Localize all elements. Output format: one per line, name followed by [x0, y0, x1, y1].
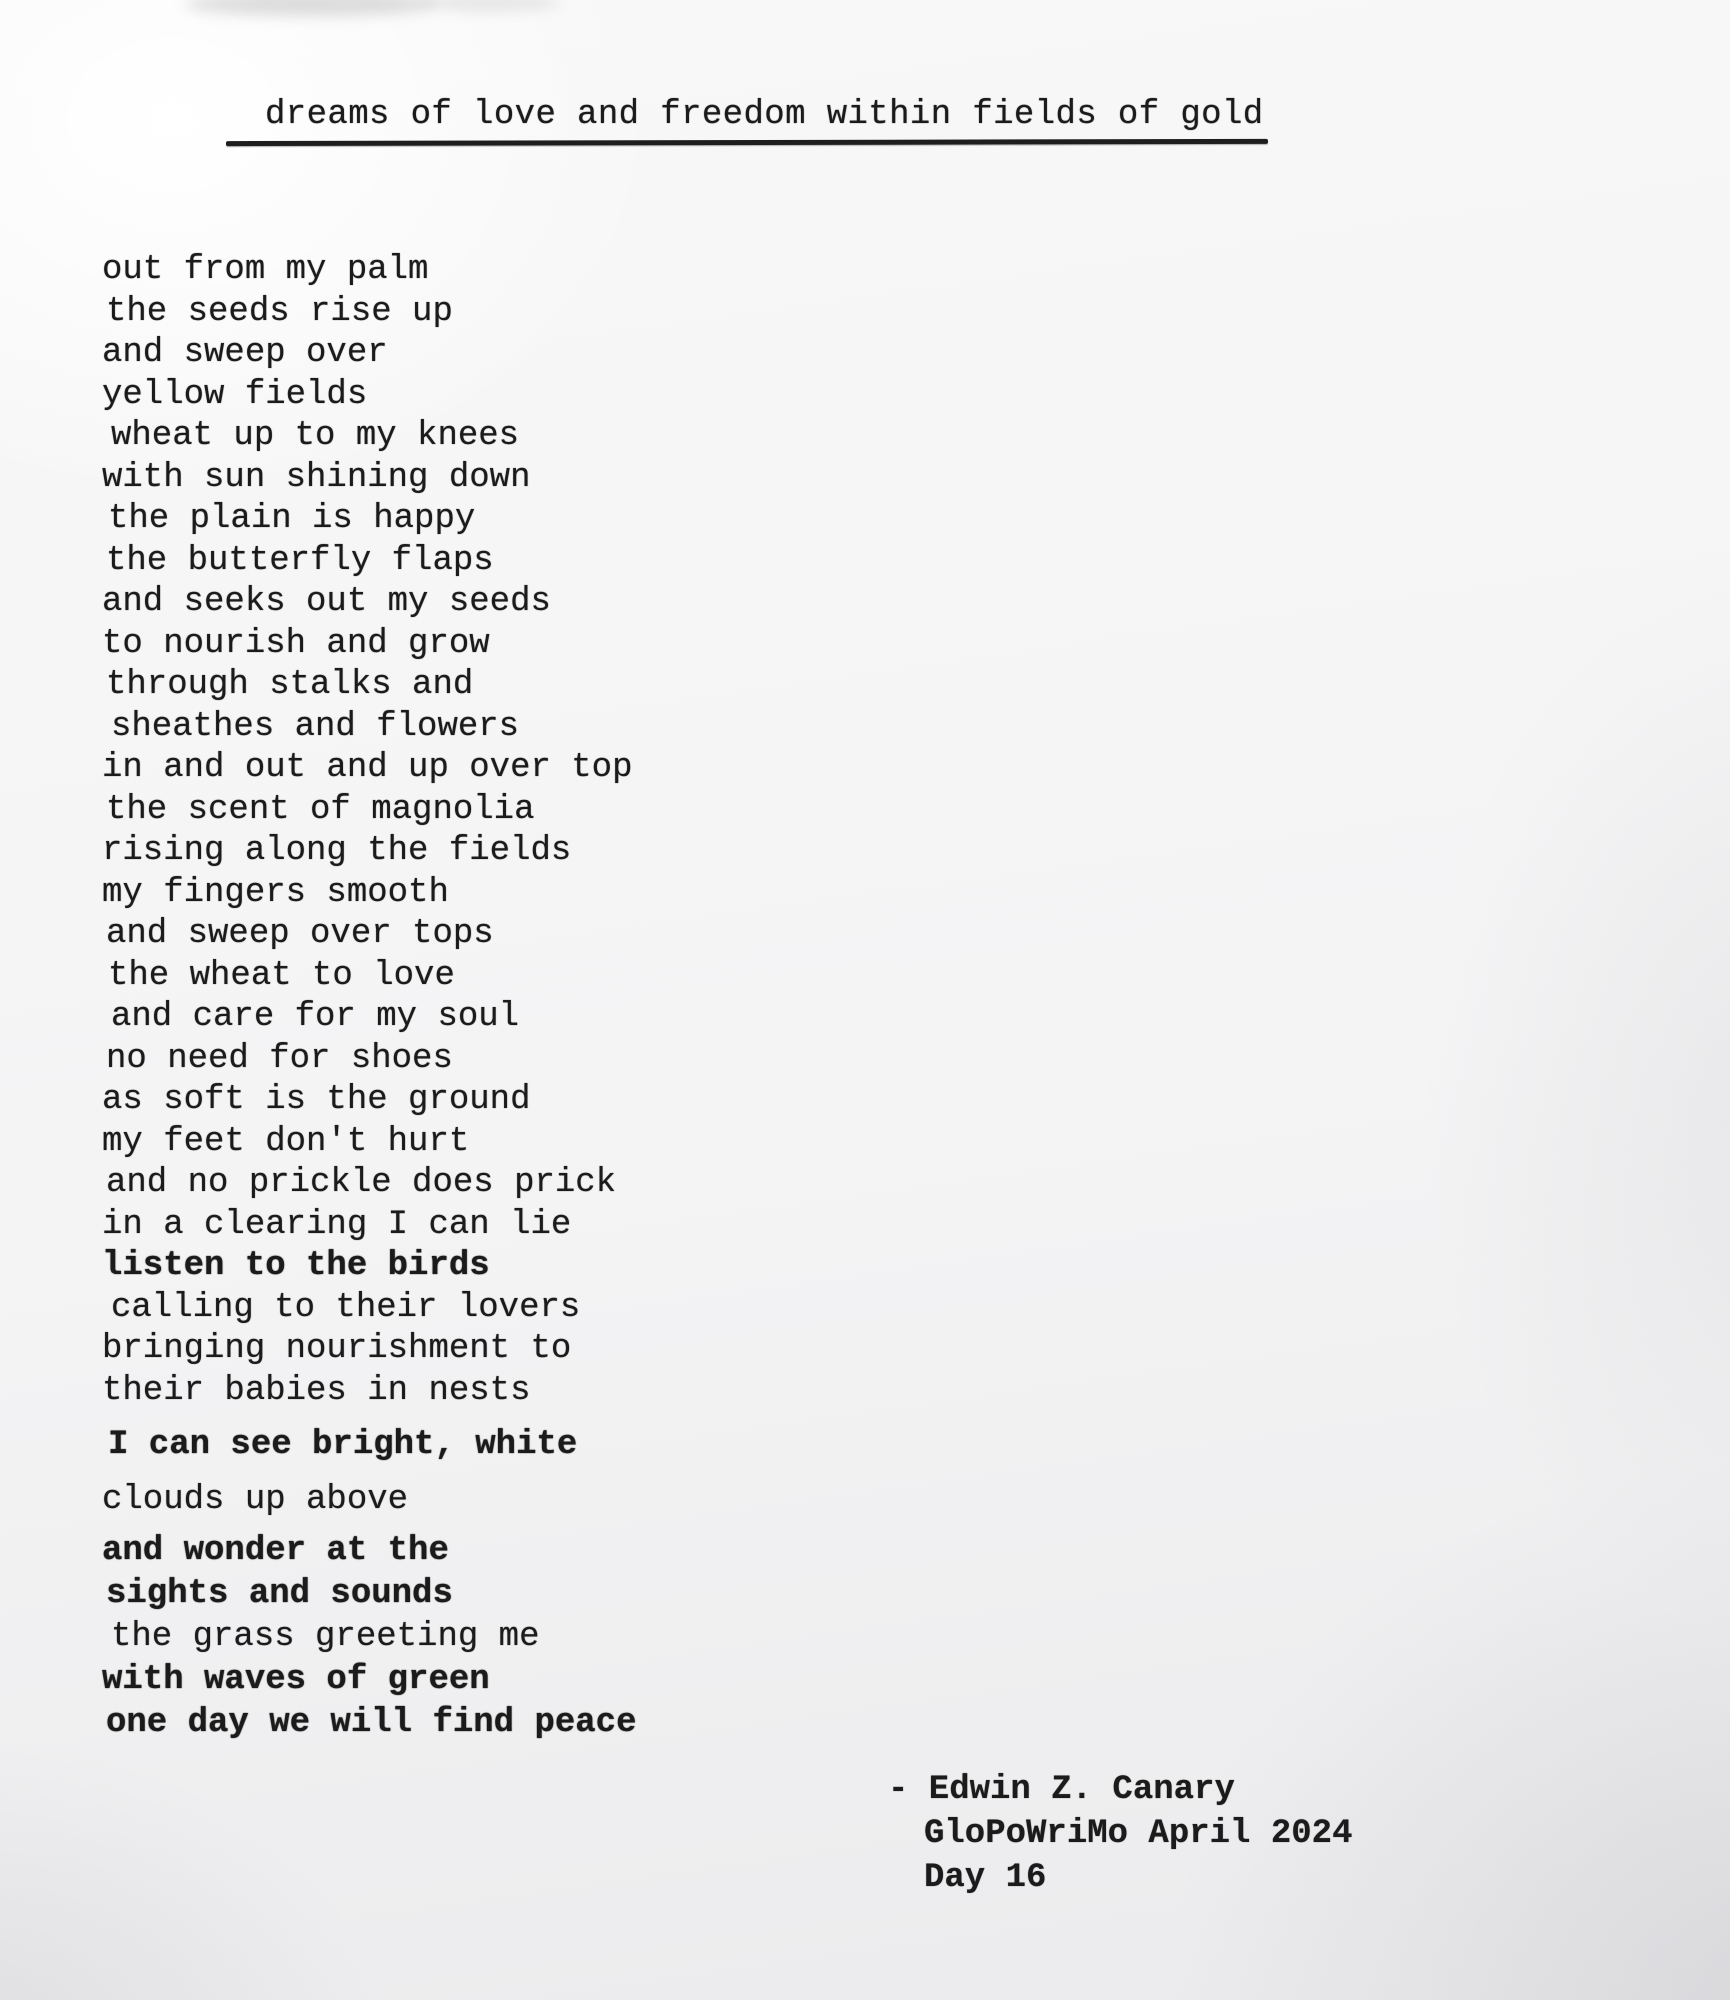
poem-line: calling to their lovers: [111, 1288, 637, 1330]
poem-line: the wheat to love: [108, 956, 637, 998]
poem-line: their babies in nests: [102, 1371, 637, 1413]
poem-line: the grass greeting me: [111, 1616, 637, 1659]
poem-line: yellow fields: [102, 375, 637, 417]
poem-line: I can see bright, white: [108, 1424, 637, 1467]
poem-line: and wonder at the: [102, 1530, 637, 1573]
poem-line: one day we will find peace: [106, 1702, 637, 1745]
poem-line: my fingers smooth: [102, 873, 637, 915]
poem-line: with waves of green: [102, 1659, 637, 1702]
poem-body: out from my palm the seeds rise up and s…: [102, 250, 637, 1745]
poem-line: and seeks out my seeds: [102, 582, 637, 624]
signature-block: - Edwin Z. Canary GloPoWriMo April 2024 …: [888, 1768, 1352, 1900]
poem-line: the scent of magnolia: [106, 790, 637, 832]
poem-line: bringing nourishment to: [102, 1329, 637, 1371]
poem-line: my feet don't hurt: [102, 1122, 637, 1164]
poem-line: and care for my soul: [111, 997, 637, 1039]
title-underline: [226, 139, 1268, 146]
poem-line: rising along the fields: [102, 831, 637, 873]
poem-line: in a clearing I can lie: [102, 1205, 637, 1247]
poem-line: to nourish and grow: [102, 624, 637, 666]
poem-line: sights and sounds: [106, 1573, 637, 1616]
poem-line: through stalks and: [106, 665, 637, 707]
poem-line: listen to the birds: [102, 1246, 637, 1288]
signature-day: Day 16: [924, 1856, 1352, 1900]
poem-line: the butterfly flaps: [106, 541, 637, 583]
poem-line: as soft is the ground: [102, 1080, 637, 1122]
top-edge-smudge-small: [420, 0, 560, 12]
poem-line: and sweep over tops: [106, 914, 637, 956]
poem-line: and sweep over: [102, 333, 637, 375]
poem-line: out from my palm: [102, 250, 637, 292]
poem-line: with sun shining down: [102, 458, 637, 500]
top-edge-smudge: [185, 0, 435, 16]
poem-line: and no prickle does prick: [106, 1163, 637, 1205]
poem-line: clouds up above: [102, 1479, 637, 1522]
poem-line: wheat up to my knees: [111, 416, 637, 458]
signature-event: GloPoWriMo April 2024: [924, 1812, 1352, 1856]
poem-line: no need for shoes: [106, 1039, 637, 1081]
paper-sheet: dreams of love and freedom within fields…: [0, 0, 1730, 2000]
poem-title: dreams of love and freedom within fields…: [265, 96, 1264, 134]
signature-author: - Edwin Z. Canary: [888, 1768, 1352, 1812]
poem-line: the plain is happy: [108, 499, 637, 541]
poem-line: the seeds rise up: [106, 292, 637, 334]
poem-line: in and out and up over top: [102, 748, 637, 790]
poem-line: sheathes and flowers: [111, 707, 637, 749]
